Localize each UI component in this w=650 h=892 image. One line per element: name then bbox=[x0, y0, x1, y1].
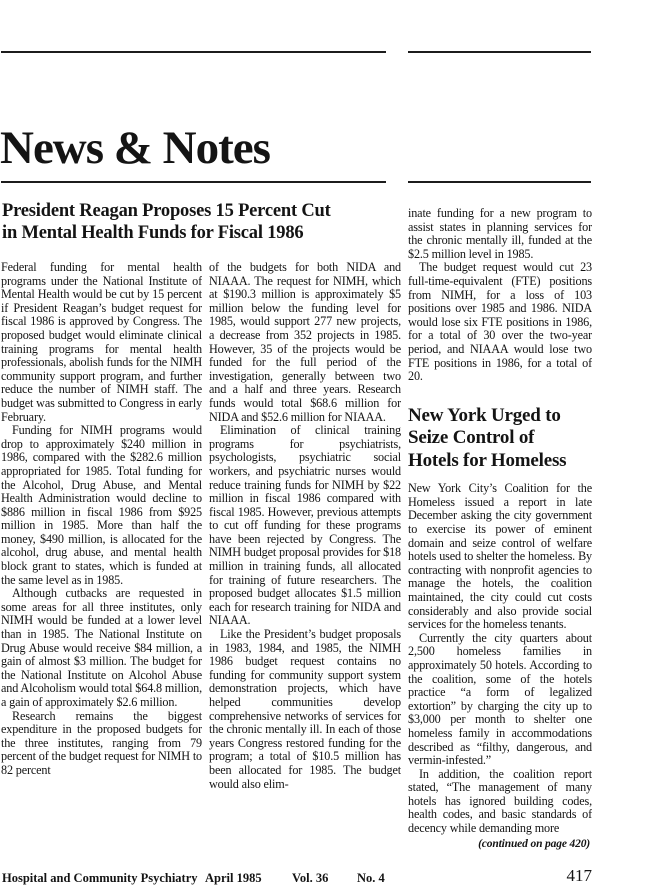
paragraph: Research remains the biggest expenditure… bbox=[1, 710, 202, 778]
paragraph: Elimination of clinical training program… bbox=[209, 424, 401, 628]
article-title-newyork: New York Urged to Seize Control of Hotel… bbox=[408, 405, 592, 473]
journal-page: News & Notes President Reagan Proposes 1… bbox=[0, 0, 650, 892]
article-title-line: New York Urged to bbox=[408, 405, 561, 426]
footer-page-number: 417 bbox=[567, 866, 593, 886]
paragraph: In addition, the coalition report stated… bbox=[408, 768, 592, 836]
article-title-line: Seize Control of bbox=[408, 427, 534, 448]
article-title-line: Hotels for Homeless bbox=[408, 450, 566, 471]
paragraph: New York City’s Coalition for the Homele… bbox=[408, 482, 592, 632]
footer-issue-number: No. 4 bbox=[357, 871, 385, 886]
article-title-line: President Reagan Proposes 15 Percent Cut bbox=[2, 201, 331, 221]
paragraph: Currently the city quarters about 2,500 … bbox=[408, 632, 592, 768]
mid-rule-right bbox=[408, 181, 591, 183]
paragraph: Funding for NIMH programs would drop to … bbox=[1, 424, 202, 587]
paragraph: Federal funding for mental health progra… bbox=[1, 261, 202, 424]
paragraph: Like the President’s budget proposals in… bbox=[209, 628, 401, 791]
paragraph: The budget request would cut 23 full-tim… bbox=[408, 261, 592, 383]
paragraph: Although cutbacks are requested in some … bbox=[1, 587, 202, 709]
column-right: inate funding for a new program to assis… bbox=[408, 207, 592, 857]
top-rule-left bbox=[1, 51, 386, 53]
page-footer: Hospital and Community Psychiatry April … bbox=[0, 866, 592, 888]
article-title-line: in Mental Health Funds for Fiscal 1986 bbox=[2, 223, 303, 243]
paragraph: of the budgets for both NIDA and NIAAA. … bbox=[209, 261, 401, 424]
footer-issue-date: April 1985 bbox=[205, 871, 262, 886]
article-title-reagan: President Reagan Proposes 15 Percent Cut… bbox=[2, 200, 331, 244]
footer-volume: Vol. 36 bbox=[292, 871, 328, 886]
top-rule-right bbox=[408, 51, 591, 53]
mid-rule-left bbox=[1, 181, 386, 183]
footer-journal-name: Hospital and Community Psychiatry bbox=[2, 871, 198, 886]
column-left: Federal funding for mental health progra… bbox=[1, 261, 202, 861]
section-title: News & Notes bbox=[0, 125, 270, 172]
paragraph: inate funding for a new program to assis… bbox=[408, 207, 592, 261]
continuation-note: (continued on page 420) bbox=[408, 838, 592, 852]
column-middle: of the budgets for both NIDA and NIAAA. … bbox=[209, 261, 401, 861]
